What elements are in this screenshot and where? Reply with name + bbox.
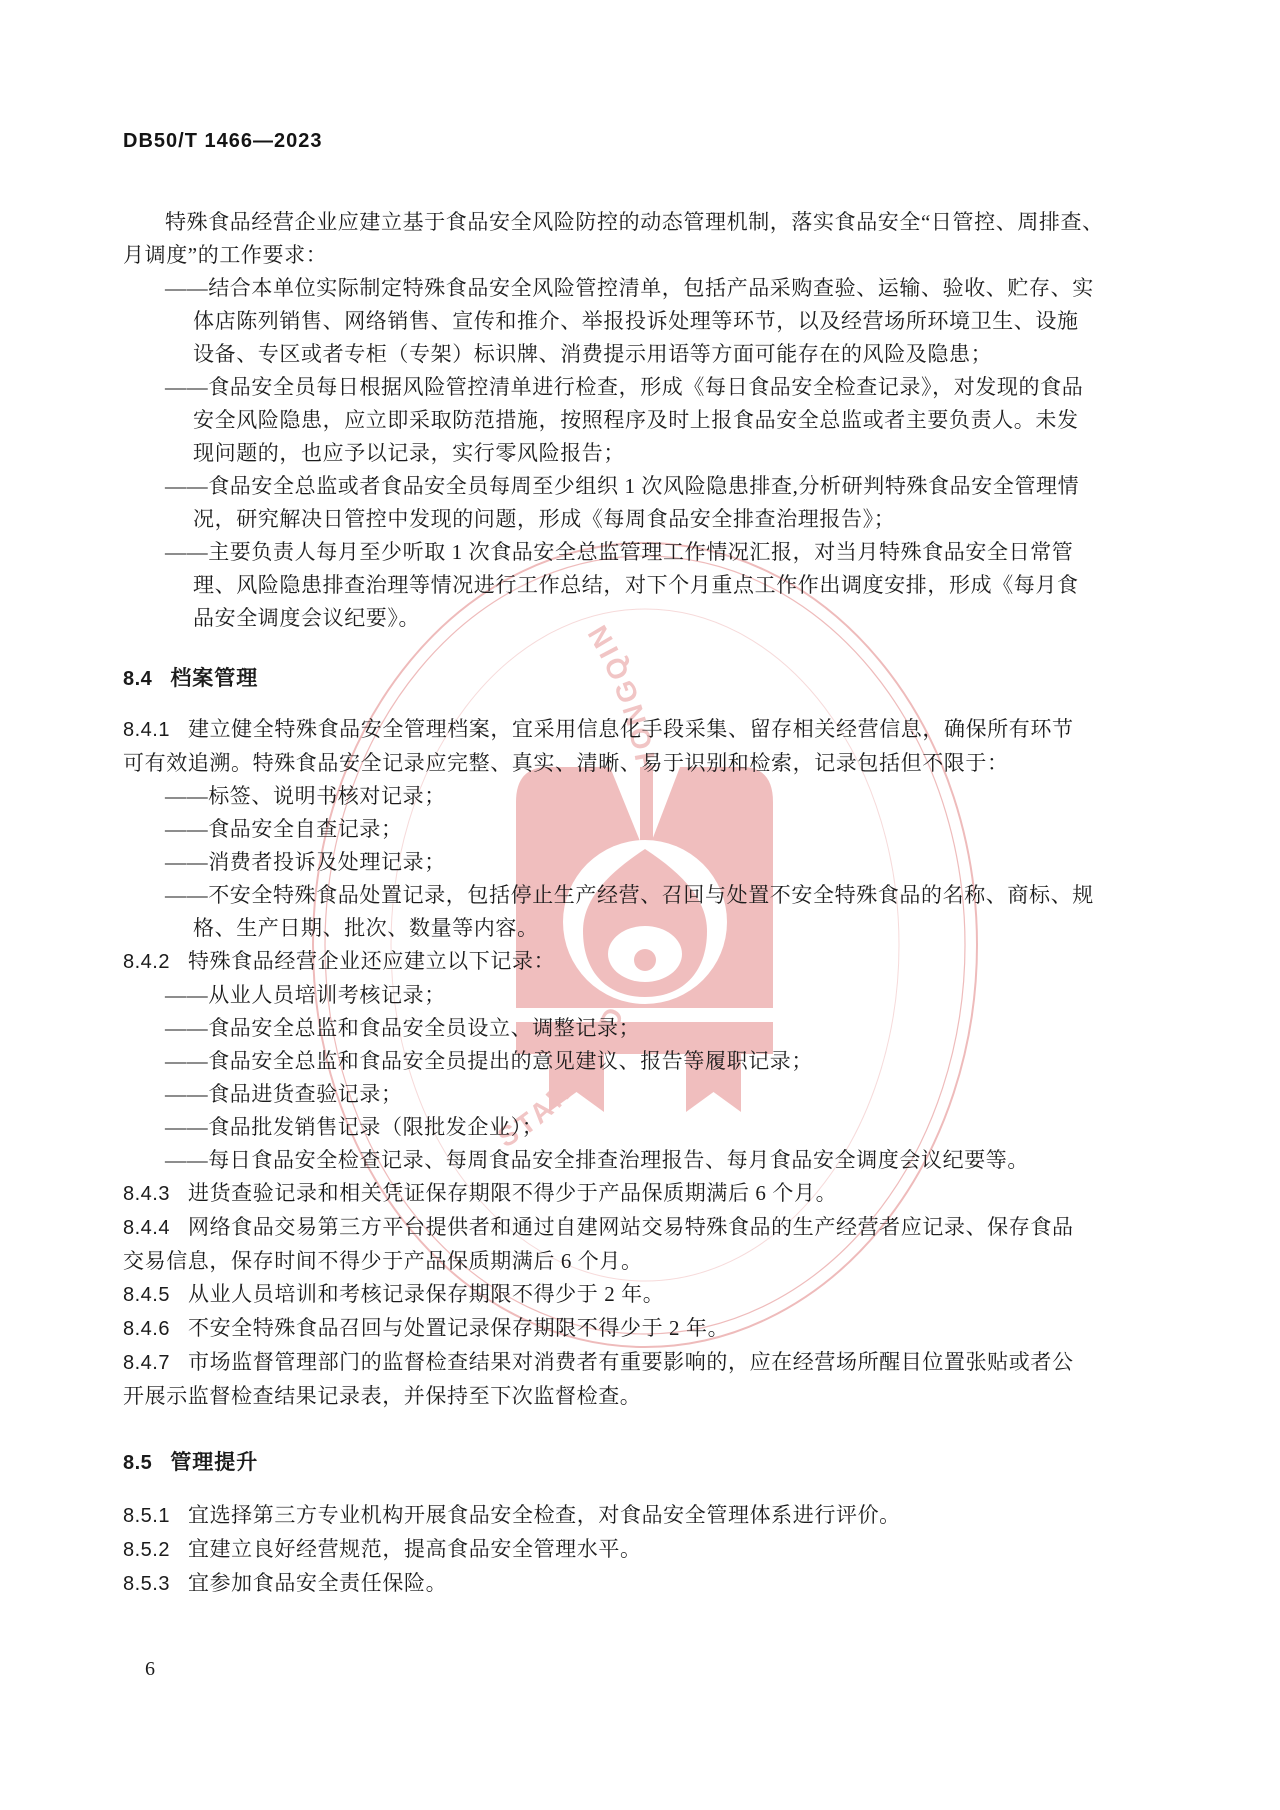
dash-item-line: ——食品安全总监和食品安全员提出的意见建议、报告等履职记录； [123, 1045, 1233, 1078]
line-text: 进货查验记录和相关凭证保存期限不得少于产品保质期满后 6 个月。 [188, 1181, 837, 1205]
dash-item-line: ——主要负责人每月至少听取 1 次食品安全总监管理工作情况汇报，对当月特殊食品安… [123, 536, 1233, 569]
dash-item-line: ——食品安全总监和食品安全员设立、调整记录； [123, 1012, 1233, 1045]
clause-line: 8.4.7市场监督管理部门的监督检查结果对消费者有重要影响的，应在经营场所醒目位… [123, 1346, 1233, 1380]
line-text: 从业人员培训和考核记录保存期限不得少于 2 年。 [188, 1282, 664, 1306]
document-body: 特殊食品经营企业应建立基于食品安全风险防控的动态管理机制，落实食品安全“日管控、… [123, 0, 1233, 1601]
line-text: 宜选择第三方专业机构开展食品安全检查，对食品安全管理体系进行评价。 [188, 1503, 901, 1527]
line-text: 月调度”的工作要求： [123, 243, 327, 267]
line-text: 格、生产日期、批次、数量等内容。 [193, 916, 539, 940]
dash-item-line: ——消费者投诉及处理记录； [123, 846, 1233, 879]
line-text: ——食品安全总监和食品安全员提出的意见建议、报告等履职记录； [165, 1049, 813, 1073]
section-title: 管理提升 [170, 1451, 258, 1474]
clause-number: 8.4.5 [123, 1284, 170, 1306]
line-text: 特殊食品经营企业还应建立以下记录： [188, 949, 555, 973]
line-text: 品安全调度会议纪要》。 [193, 606, 420, 630]
line-text: ——食品安全总监或者食品安全员每周至少组织 1 次风险隐患排查,分析研判特殊食品… [165, 474, 1079, 498]
line-text: ——食品安全员每日根据风险管控清单进行检查，形成《每日食品安全检查记录》，对发现… [165, 375, 1083, 399]
dash-item-line: ——不安全特殊食品处置记录，包括停止生产经营、召回与处置不安全特殊食品的名称、商… [123, 879, 1233, 912]
clause-line: 可有效追溯。特殊食品安全记录应完整、真实、清晰、易于识别和检索，记录包括但不限于… [123, 747, 1233, 780]
section-heading-8-4: 8.4档案管理 [123, 662, 1233, 696]
line-text: 体店陈列销售、网络销售、宣传和推介、举报投诉处理等环节，以及经营场所环境卫生、设… [193, 309, 1079, 333]
dash-item-line: ——食品进货查验记录； [123, 1078, 1233, 1111]
clause-number: 8.4.3 [123, 1183, 170, 1205]
line-text: ——消费者投诉及处理记录； [165, 850, 446, 874]
dash-item-line: 品安全调度会议纪要》。 [123, 602, 1233, 635]
clause-line: 8.4.1建立健全特殊食品安全管理档案，宜采用信息化手段采集、留存相关经营信息，… [123, 713, 1233, 747]
clause-line: 8.4.2特殊食品经营企业还应建立以下记录： [123, 945, 1233, 979]
line-text: ——食品安全自查记录； [165, 817, 403, 841]
dash-item-line: ——结合本单位实际制定特殊食品安全风险管控清单，包括产品采购查验、运输、验收、贮… [123, 272, 1233, 305]
dash-item-line: ——标签、说明书核对记录； [123, 780, 1233, 813]
line-text: ——结合本单位实际制定特殊食品安全风险管控清单，包括产品采购查验、运输、验收、贮… [165, 276, 1094, 300]
line-text: ——主要负责人每月至少听取 1 次食品安全总监管理工作情况汇报，对当月特殊食品安… [165, 540, 1073, 564]
line-text: 特殊食品经营企业应建立基于食品安全风险防控的动态管理机制，落实食品安全“日管控、… [165, 210, 1104, 234]
line-text: ——食品安全总监和食品安全员设立、调整记录； [165, 1016, 640, 1040]
line-text: 安全风险隐患，应立即采取防范措施，按照程序及时上报食品安全总监或者主要负责人。未… [193, 408, 1079, 432]
line-text: 况，研究解决日管控中发现的问题，形成《每周食品安全排查治理报告》； [193, 507, 895, 531]
clause-number: 8.5.2 [123, 1539, 170, 1561]
clause-number: 8.4.1 [123, 719, 170, 741]
line-text: 不安全特殊食品召回与处置记录保存期限不得少于 2 年。 [188, 1316, 729, 1340]
dash-item-line: 况，研究解决日管控中发现的问题，形成《每周食品安全排查治理报告》； [123, 503, 1233, 536]
line-text: ——从业人员培训考核记录； [165, 983, 446, 1007]
clause-line: 8.4.6不安全特殊食品召回与处置记录保存期限不得少于 2 年。 [123, 1312, 1233, 1346]
line-text: 可有效追溯。特殊食品安全记录应完整、真实、清晰、易于识别和检索，记录包括但不限于… [123, 751, 1009, 775]
clause-line: 开展示监督检查结果记录表，并保持至下次监督检查。 [123, 1380, 1233, 1413]
line-text: ——食品进货查验记录； [165, 1082, 403, 1106]
line-text: 建立健全特殊食品安全管理档案，宜采用信息化手段采集、留存相关经营信息，确保所有环… [188, 717, 1074, 741]
section-heading-8-5: 8.5管理提升 [123, 1446, 1233, 1480]
line-text: 开展示监督检查结果记录表，并保持至下次监督检查。 [123, 1384, 641, 1408]
dash-item-line: 现问题的，也应予以记录，实行零风险报告； [123, 437, 1233, 470]
clause-line: 8.4.3进货查验记录和相关凭证保存期限不得少于产品保质期满后 6 个月。 [123, 1177, 1233, 1211]
dash-item-line: 体店陈列销售、网络销售、宣传和推介、举报投诉处理等环节，以及经营场所环境卫生、设… [123, 305, 1233, 338]
page-number: 6 [145, 1658, 155, 1681]
dash-item-line: 安全风险隐患，应立即采取防范措施，按照程序及时上报食品安全总监或者主要负责人。未… [123, 404, 1233, 437]
dash-item-line: ——食品安全自查记录； [123, 813, 1233, 846]
dash-item-line: ——食品安全总监或者食品安全员每周至少组织 1 次风险隐患排查,分析研判特殊食品… [123, 470, 1233, 503]
line-text: ——不安全特殊食品处置记录，包括停止生产经营、召回与处置不安全特殊食品的名称、商… [165, 883, 1094, 907]
dash-item-line: ——食品批发销售记录（限批发企业）； [123, 1111, 1233, 1144]
line-text: 网络食品交易第三方平台提供者和通过自建网站交易特殊食品的生产经营者应记录、保存食… [188, 1215, 1074, 1239]
clause-number: 8.4.7 [123, 1352, 170, 1374]
section-number: 8.5 [123, 1452, 152, 1474]
clause-line: 交易信息，保存时间不得少于产品保质期满后 6 个月。 [123, 1245, 1233, 1278]
dash-item-line: ——从业人员培训考核记录； [123, 979, 1233, 1012]
clause-number: 8.4.2 [123, 951, 170, 973]
dash-item-line: 格、生产日期、批次、数量等内容。 [123, 912, 1233, 945]
line-text: ——标签、说明书核对记录； [165, 784, 446, 808]
line-text: 设备、专区或者专柜（专架）标识牌、消费提示用语等方面可能存在的风险及隐患； [193, 342, 992, 366]
clause-line: 8.5.2宜建立良好经营规范，提高食品安全管理水平。 [123, 1533, 1233, 1567]
line-text: ——每日食品安全检查记录、每周食品安全排查治理报告、每月食品安全调度会议纪要等。 [165, 1148, 1029, 1172]
dash-item-line: ——食品安全员每日根据风险管控清单进行检查，形成《每日食品安全检查记录》，对发现… [123, 371, 1233, 404]
intro-line: 月调度”的工作要求： [123, 239, 1233, 272]
clause-line: 8.5.1宜选择第三方专业机构开展食品安全检查，对食品安全管理体系进行评价。 [123, 1499, 1233, 1533]
dash-item-line: ——每日食品安全检查记录、每周食品安全排查治理报告、每月食品安全调度会议纪要等。 [123, 1144, 1233, 1177]
clause-number: 8.4.4 [123, 1217, 170, 1239]
clause-line: 8.4.5从业人员培训和考核记录保存期限不得少于 2 年。 [123, 1278, 1233, 1312]
section-title: 档案管理 [170, 667, 258, 690]
line-text: 现问题的，也应予以记录，实行零风险报告； [193, 441, 625, 465]
line-text: 交易信息，保存时间不得少于产品保质期满后 6 个月。 [123, 1249, 643, 1273]
intro-line: 特殊食品经营企业应建立基于食品安全风险防控的动态管理机制，落实食品安全“日管控、… [123, 206, 1233, 239]
clause-line: 8.5.3宜参加食品安全责任保险。 [123, 1567, 1233, 1601]
clause-line: 8.4.4网络食品交易第三方平台提供者和通过自建网站交易特殊食品的生产经营者应记… [123, 1211, 1233, 1245]
line-text: 宜参加食品安全责任保险。 [188, 1571, 447, 1595]
dash-item-line: 设备、专区或者专柜（专架）标识牌、消费提示用语等方面可能存在的风险及隐患； [123, 338, 1233, 371]
line-text: 理、风险隐患排查治理等情况进行工作总结，对下个月重点工作作出调度安排，形成《每月… [193, 573, 1079, 597]
section-number: 8.4 [123, 668, 152, 690]
clause-number: 8.5.1 [123, 1505, 170, 1527]
clause-number: 8.5.3 [123, 1573, 170, 1595]
dash-item-line: 理、风险隐患排查治理等情况进行工作总结，对下个月重点工作作出调度安排，形成《每月… [123, 569, 1233, 602]
line-text: ——食品批发销售记录（限批发企业）； [165, 1115, 543, 1139]
clause-number: 8.4.6 [123, 1318, 170, 1340]
line-text: 宜建立良好经营规范，提高食品安全管理水平。 [188, 1537, 642, 1561]
line-text: 市场监督管理部门的监督检查结果对消费者有重要影响的，应在经营场所醒目位置张贴或者… [188, 1350, 1074, 1374]
